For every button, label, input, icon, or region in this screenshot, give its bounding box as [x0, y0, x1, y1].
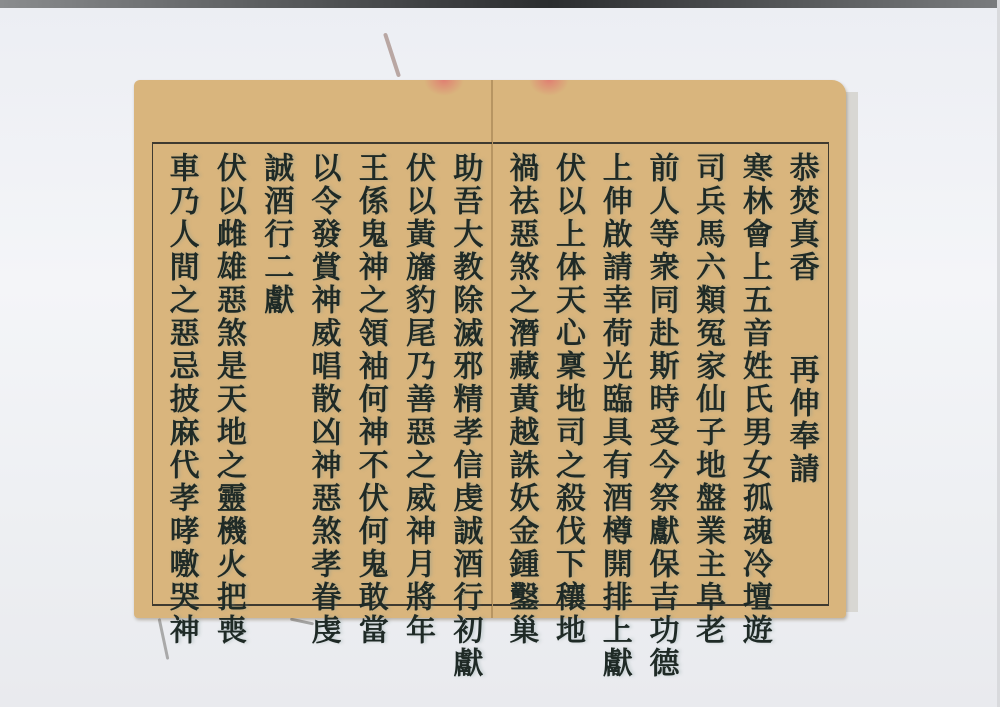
right-page: 恭焚真香再伸奉請 寒林會上五音姓氏男女孤魂冷壇遊 司兵馬六類冤家仙子地盤業主阜老…: [493, 142, 829, 606]
left-col-6: 伏以雌雄惡煞是天地之靈機火把喪: [213, 152, 243, 596]
left-col-2: 伏以黃旛豹尾乃善惡之威神月將年: [402, 152, 432, 596]
scanner-top-edge: [0, 0, 1000, 8]
right-col-2: 寒林會上五音姓氏男女孤魂冷壇遊: [739, 152, 769, 596]
loose-thread-top: [383, 33, 401, 78]
left-col-7: 車乃人間之惡忌披麻代孝哮噭哭神: [166, 152, 196, 596]
right-col-1: 恭焚真香再伸奉請: [786, 152, 816, 596]
manuscript-spread: 助吾大教除滅邪精孝信虔誠酒行初獻 伏以黃旛豹尾乃善惡之威神月將年 王係鬼神之領袖…: [134, 80, 846, 618]
right-col-6: 伏以上体天心稟地司之殺伐下穰地: [552, 152, 582, 596]
left-col-4: 以令發賞神威唱散凶神惡煞孝眷虔: [307, 152, 337, 596]
left-col-5: 誠酒行二獻: [260, 152, 290, 596]
left-col-1: 助吾大教除滅邪精孝信虔誠酒行初獻: [449, 152, 479, 596]
left-col-3: 王係鬼神之領袖何神不伏何鬼敢當: [355, 152, 385, 596]
heading-offer-incense: 恭焚真香: [784, 152, 819, 284]
heading-invoke-again: 再伸奉請: [784, 354, 819, 486]
left-page: 助吾大教除滅邪精孝信虔誠酒行初獻 伏以黃旛豹尾乃善惡之威神月將年 王係鬼神之領袖…: [152, 142, 492, 606]
back-cover-edge: [842, 92, 858, 612]
right-col-5: 上伸啟請幸荷光臨具有酒樽開排上獻: [599, 152, 629, 596]
right-col-7: 禍祛惡煞之潛藏黃越誅妖金鍾鑿巢: [505, 152, 535, 596]
red-seal-mark-right: [529, 80, 569, 96]
red-seal-mark-left: [424, 80, 464, 96]
right-col-3: 司兵馬六類冤家仙子地盤業主阜老: [692, 152, 722, 596]
right-col-4: 前人等衆同赴斯時受今祭獻保吉功德: [645, 152, 675, 596]
